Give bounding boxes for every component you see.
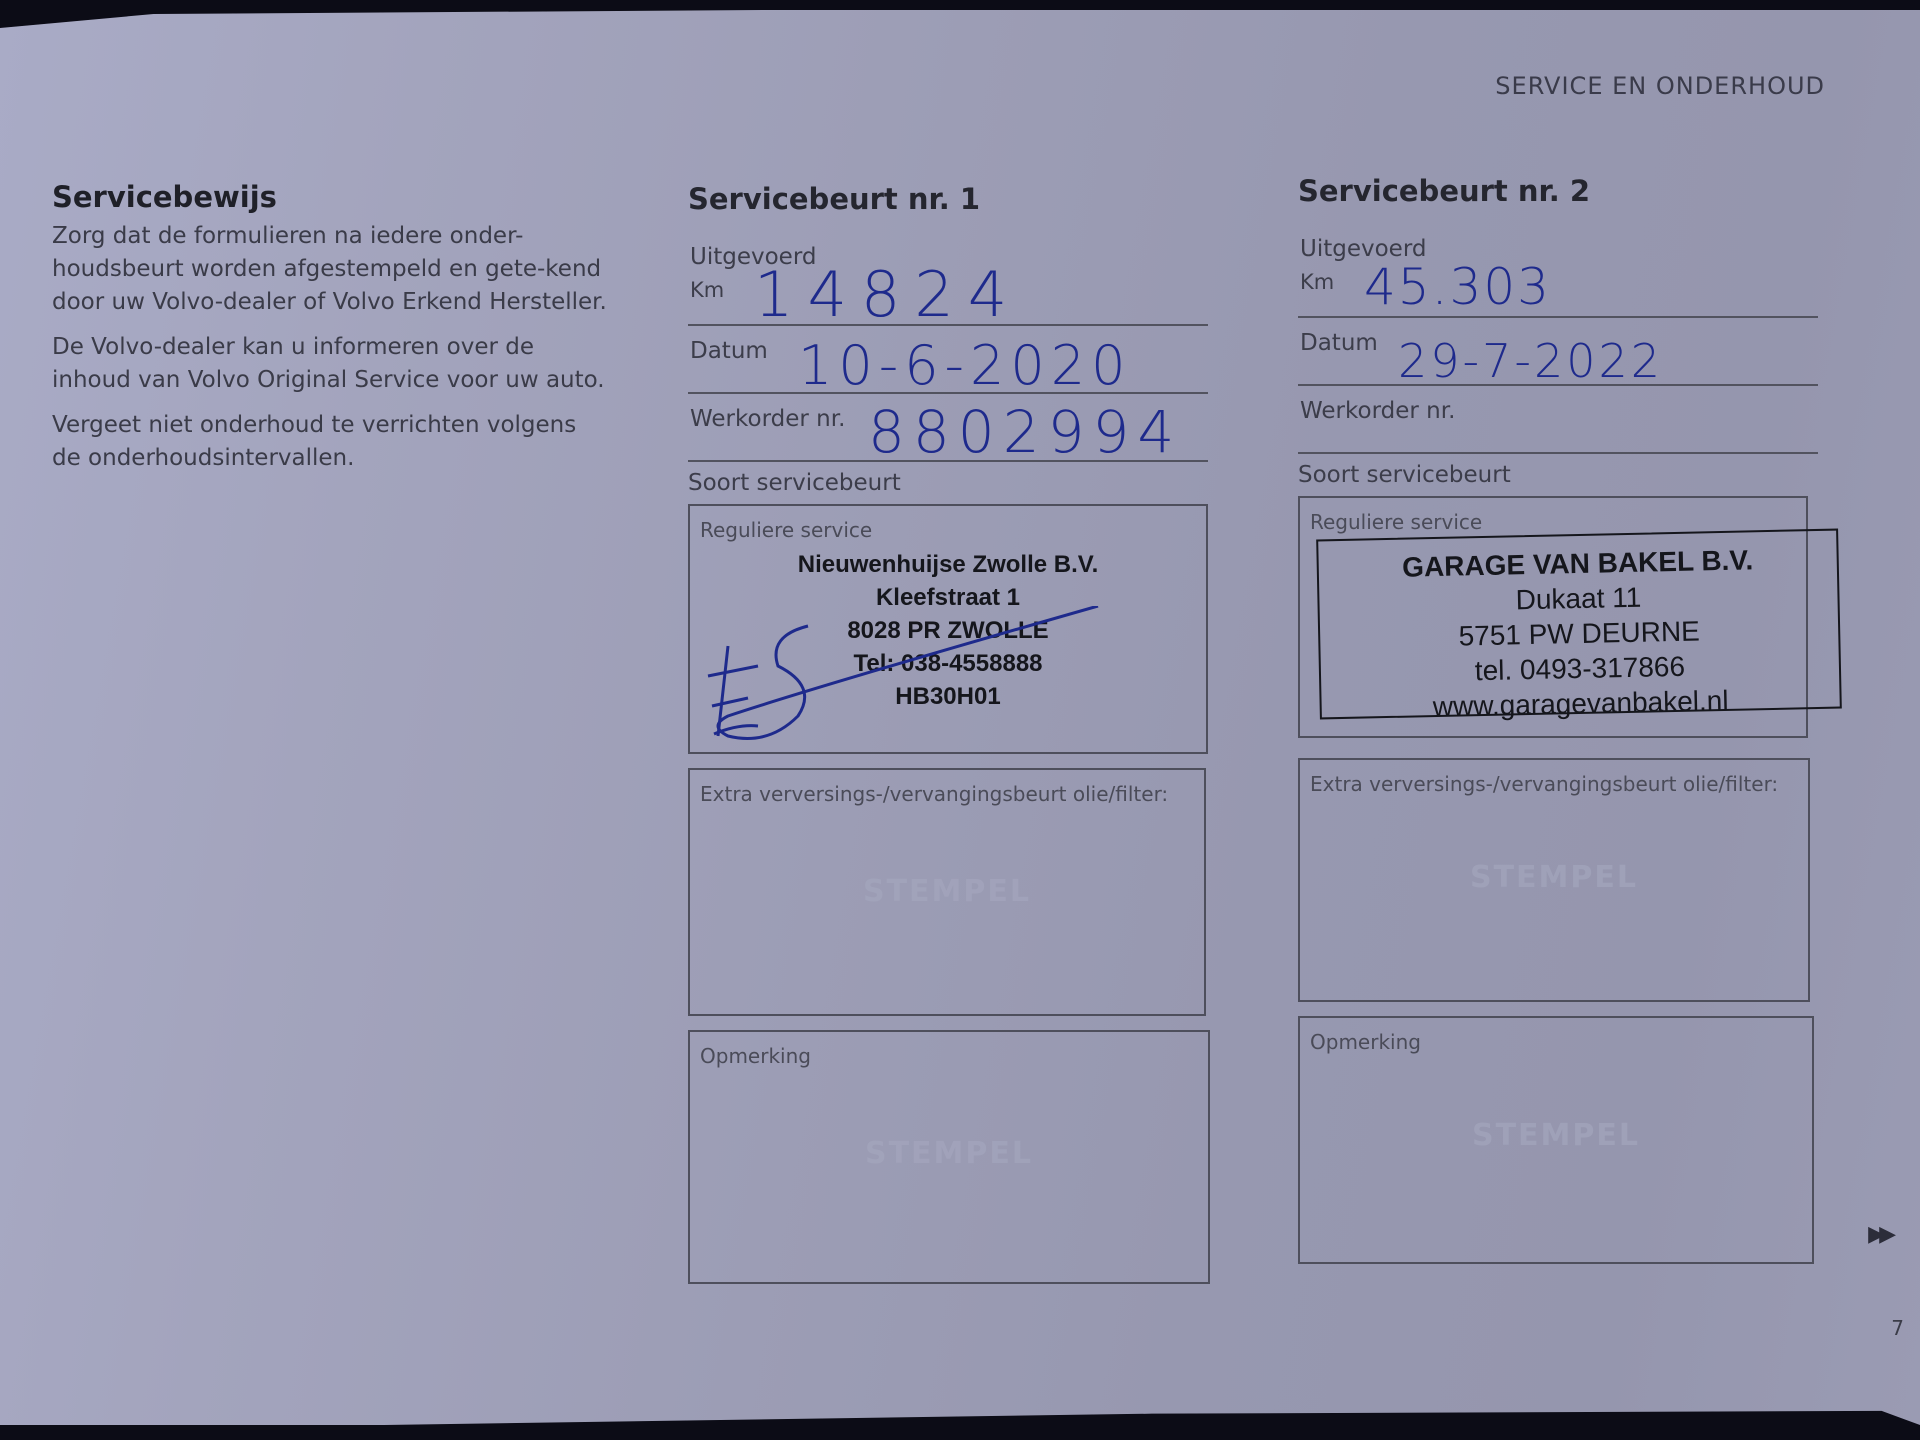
km-field[interactable]: Uitgevoerd Km 45.303 (1298, 236, 1818, 318)
next-page-icon: ▶▶ (1868, 1222, 1890, 1247)
reguliere-service-box[interactable]: Reguliere service Nieuwenhuijse Zwolle B… (688, 504, 1208, 754)
km-value: 45.303 (1364, 258, 1551, 316)
stamp-watermark: STEMPEL (1300, 860, 1808, 895)
intro-paragraph: Vergeet niet onderhoud te verrichten vol… (52, 409, 612, 475)
werkorder-field[interactable]: Werkorder nr. (1298, 386, 1818, 454)
extra-service-box[interactable]: Extra verversings-/vervangingsbeurt olie… (1298, 758, 1810, 1002)
werkorder-field[interactable]: Werkorder nr. 8802994 (688, 394, 1208, 462)
reguliere-label: Reguliere service (1310, 510, 1482, 534)
intro-section: Servicebewijs Zorg dat de formulieren na… (52, 180, 612, 487)
datum-value: 29-7-2022 (1398, 334, 1663, 388)
dealer-stamp: GARAGE VAN BAKEL B.V. Dukaat 11 5751 PW … (1316, 529, 1842, 720)
km-field[interactable]: Uitgevoerd Km 14824 (688, 244, 1208, 326)
datum-field[interactable]: Datum 10-6-2020 (688, 326, 1208, 394)
extra-label: Extra verversings-/vervangingsbeurt olie… (1310, 772, 1778, 796)
intro-paragraph: Zorg dat de formulieren na iedere onder-… (52, 220, 612, 319)
soort-label: Soort servicebeurt (688, 470, 1208, 496)
opmerking-box[interactable]: Opmerking STEMPEL (1298, 1016, 1814, 1264)
datum-field[interactable]: Datum 29-7-2022 (1298, 318, 1818, 386)
reguliere-label: Reguliere service (700, 518, 872, 542)
werkorder-label: Werkorder nr. (1300, 398, 1455, 424)
werkorder-value: 8802994 (868, 398, 1182, 466)
stamp-watermark: STEMPEL (1300, 1118, 1812, 1153)
km-label: Km (690, 278, 724, 302)
datum-label: Datum (1300, 330, 1378, 356)
intro-paragraph: De Volvo-dealer kan u informeren over de… (52, 331, 612, 397)
extra-service-box[interactable]: Extra verversings-/vervangingsbeurt olie… (688, 768, 1206, 1016)
km-label: Km (1300, 270, 1334, 294)
opmerking-box[interactable]: Opmerking STEMPEL (688, 1030, 1210, 1284)
page-number: 7 (1891, 1316, 1904, 1340)
section-header: SERVICE EN ONDERHOUD (1495, 72, 1825, 100)
km-value: 14824 (754, 258, 1021, 331)
service-record-2: Servicebeurt nr. 2 Uitgevoerd Km 45.303 … (1298, 174, 1818, 1264)
stamp-line: Nieuwenhuijse Zwolle B.V. (690, 548, 1206, 581)
signature-icon (698, 606, 1118, 756)
opmerking-label: Opmerking (700, 1044, 811, 1068)
manual-page: SERVICE EN ONDERHOUD Servicebewijs Zorg … (0, 10, 1920, 1425)
service-title: Servicebeurt nr. 2 (1298, 174, 1818, 208)
datum-value: 10-6-2020 (798, 334, 1131, 397)
opmerking-label: Opmerking (1310, 1030, 1421, 1054)
datum-label: Datum (690, 338, 768, 364)
stamp-watermark: STEMPEL (690, 874, 1204, 909)
intro-title: Servicebewijs (52, 180, 612, 214)
reguliere-service-box[interactable]: Reguliere service GARAGE VAN BAKEL B.V. … (1298, 496, 1808, 738)
werkorder-label: Werkorder nr. (690, 406, 845, 432)
stamp-watermark: STEMPEL (690, 1136, 1208, 1171)
extra-label: Extra verversings-/vervangingsbeurt olie… (700, 782, 1168, 806)
service-record-1: Servicebeurt nr. 1 Uitgevoerd Km 14824 D… (688, 182, 1208, 1284)
service-title: Servicebeurt nr. 1 (688, 182, 1208, 216)
soort-label: Soort servicebeurt (1298, 462, 1818, 488)
